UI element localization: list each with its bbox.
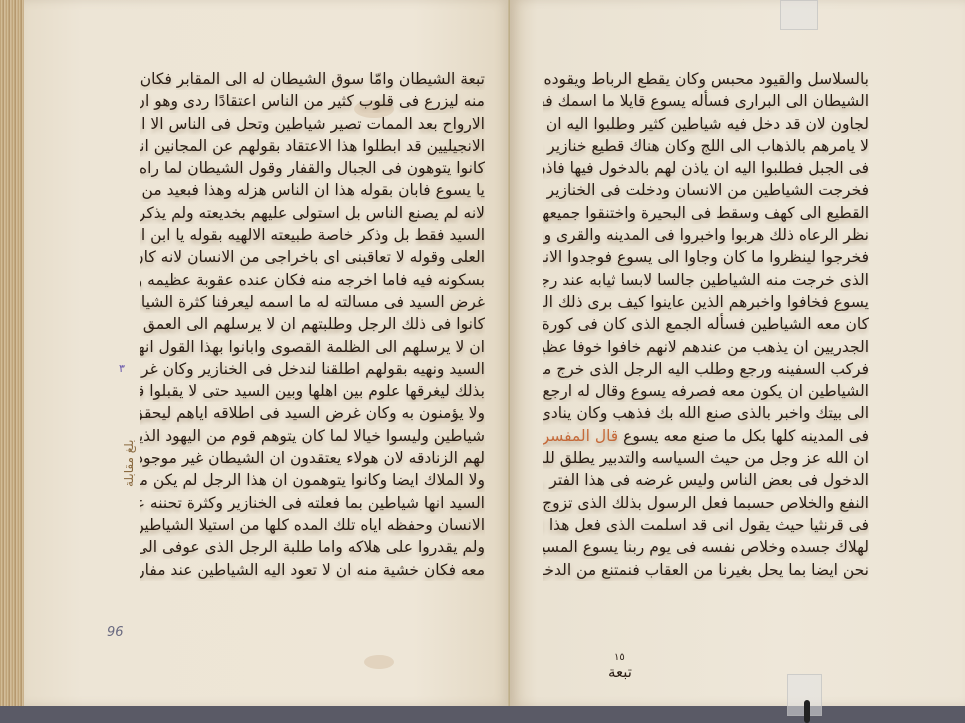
left-page: تبعة الشيطان وامّا سوق الشيطان له الى ال…: [24, 0, 510, 706]
text-line: الدخول فى بعض الناس وليس غرضه فى هذا الف…: [543, 469, 869, 491]
text-line: فى الجبل فطلبوا اليه ان ياذن لهم بالدخول…: [543, 157, 869, 179]
manuscript-spread: تبعة الشيطان وامّا سوق الشيطان له الى ال…: [0, 0, 965, 706]
text-line: لهلاك جسده وخلاص نفسه فى يوم ربنا يسوع ا…: [543, 536, 869, 558]
text-line: ولا الملاك ايضا وكانوا يتوهمون ان هذا ال…: [140, 469, 485, 491]
right-text-block: بالسلاسل والقيود محبس وكان يقطع الرباط و…: [543, 68, 869, 581]
text-line: السيد ونهيه بقولهم اطلقنا لندخل فى الخنا…: [140, 358, 485, 380]
text-line: تبعة الشيطان وامّا سوق الشيطان له الى ال…: [140, 68, 485, 90]
text-line: فى قرنثيا حيث يقول انى قد اسلمت الذى فعل…: [543, 514, 869, 536]
text-line: معه فكان خشية منه ان لا تعود اليه الشياط…: [140, 559, 485, 581]
text-line: كانوا فى ذلك الرجل وطلبتهم ان لا يرسلهم …: [140, 313, 485, 335]
text-line: القطيع الى كهف وسقط فى البحيرة واختنقوا …: [543, 202, 869, 224]
text-line: الشياطين ان يكون معه فصرفه يسوع وقال له …: [543, 380, 869, 402]
text-line: فخرجوا لينظروا ما كان وجاوا الى يسوع فوج…: [543, 246, 869, 268]
text-line: الانسان وحفظه اياه تلك المده كلها من است…: [140, 514, 485, 536]
text-line: ولا يؤمنون به وكان غرض السيد فى اطلاقه ا…: [140, 402, 485, 424]
text-line: يسوع فخافوا واخبرهم الذين عاينوا كيف برى…: [543, 291, 869, 313]
catchword-number: ١٥: [614, 652, 625, 663]
margin-marker: ٣: [119, 362, 125, 375]
marginal-note: بلغ مقابلة: [122, 440, 136, 550]
text-line: يا يسوع فابان بقوله هذا ان الناس هزله وه…: [140, 179, 485, 201]
text-line: فركب السفينه ورجع وطلب اليه الرجل الذى خ…: [543, 358, 869, 380]
text-line: غرض السيد فى مسالته له ما اسمه ليعرفنا ك…: [140, 291, 485, 313]
text-line-body: فى المدينه كلها بكل ما صنع معه يسوع: [623, 427, 869, 445]
text-line: كانوا يتوهون فى الجبال والقفار وقول الشي…: [140, 157, 485, 179]
paper-tab: [780, 0, 818, 30]
text-line: الشيطان الى البرارى فسأله يسوع قايلا ما …: [543, 90, 869, 112]
text-line: كان معه الشياطين فسأله الجمع الذى كان فى…: [543, 313, 869, 335]
catchword: تبعة: [608, 663, 632, 681]
text-line: الجدريين ان يذهب من عندهم لانهم خافوا خو…: [543, 336, 869, 358]
text-line: لجاون لان قد دخل فيه شياطين كثير وطلبوا …: [543, 113, 869, 135]
text-line: ولم يقدروا على هلاكه واما طلبة الرجل الذ…: [140, 536, 485, 558]
text-line: ان لا يرسلهم الى الظلمة القصوى وابانوا ب…: [140, 336, 485, 358]
page-clip: [804, 700, 810, 723]
text-line: الذى خرجت منه الشياطين جالسا لابسا ثيابه…: [543, 269, 869, 291]
text-line: نظر الرعاه ذلك هربوا واخبروا فى المدينه …: [543, 224, 869, 246]
left-text-block: تبعة الشيطان وامّا سوق الشيطان له الى ال…: [140, 68, 485, 581]
text-line: الى بيتك واخبر بالذى صنع الله بك فذهب وك…: [543, 402, 869, 424]
text-line: السيد انها شياطين بما فعلته فى الخنازير …: [140, 492, 485, 514]
folio-number: 96: [107, 625, 124, 640]
text-line: بسكونه فيه فاما اخرجه منه فكان عنده عقوب…: [140, 269, 485, 291]
text-line: لانه لم يصنع الناس بل استولى عليهم بخديع…: [140, 202, 485, 224]
text-line: النفع والخلاص حسبما فعل الرسول بذلك الذى…: [543, 492, 869, 514]
text-line: الارواح بعد الممات تصير شياطين وتحل فى ا…: [140, 113, 485, 135]
text-line: نحن ايضا بما يحل بغيرنا من العقاب فنمتنع…: [543, 559, 869, 581]
text-line: منه ليزرع فى قلوب كثير من الناس اعتقادًا…: [140, 90, 485, 112]
text-line: فخرجت الشياطين من الانسان ودخلت فى الخنا…: [543, 179, 869, 201]
stain: [364, 655, 394, 669]
rubric-heading: قال المفسر: [543, 427, 618, 445]
text-line: العلى وقوله لا تعاقبنى اى باخراجى من الا…: [140, 246, 485, 268]
text-line: بالسلاسل والقيود محبس وكان يقطع الرباط و…: [543, 68, 869, 90]
text-line: شياطين وليسوا خيالا لما كان يتوهم قوم من…: [140, 425, 485, 447]
text-line: بذلك ليغرقها علوم بين اهلها وبين السيد ح…: [140, 380, 485, 402]
page-edges: [0, 0, 24, 706]
text-line: لا يامرهم بالذهاب الى اللج وكان هناك قطي…: [543, 135, 869, 157]
text-line: لهم الزنادقه لان هولاء يعتقدون ان الشيطا…: [140, 447, 485, 469]
right-page: بالسلاسل والقيود محبس وكان يقطع الرباط و…: [510, 0, 965, 706]
text-line: الانجيليين قد ابطلوا هذا الاعتقاد بقولهم…: [140, 135, 485, 157]
text-line: فى المدينه كلها بكل ما صنع معه يسوع قال …: [543, 425, 869, 447]
text-line: السيد فقط بل وذكر خاصة طبيعته الالهيه بق…: [140, 224, 485, 246]
text-line: ان الله عز وجل من حيث السياسه والتدبير ي…: [543, 447, 869, 469]
